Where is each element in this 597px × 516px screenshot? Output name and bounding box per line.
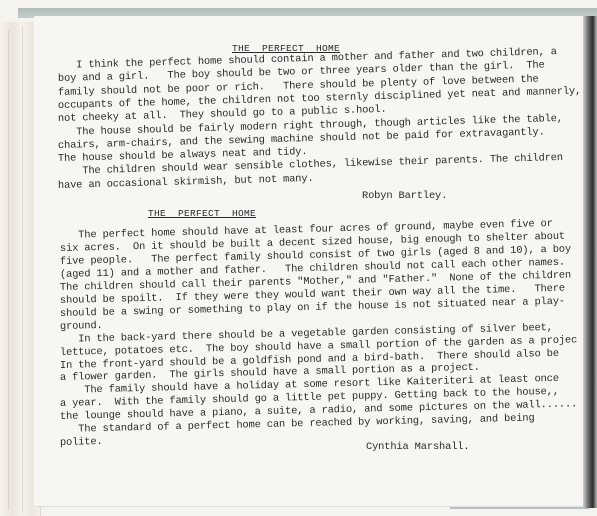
page-edge-line	[22, 26, 23, 511]
page-edge-line	[8, 30, 9, 510]
essay1-author: Robyn Bartley.	[362, 190, 447, 202]
book-spine-shadow	[583, 16, 597, 508]
text-line: polite.	[60, 436, 103, 449]
essay2-title: THE PERFECT HOME	[148, 208, 256, 219]
text-line: ground.	[60, 320, 103, 333]
essay2-author: Cynthia Marshall.	[366, 441, 469, 453]
